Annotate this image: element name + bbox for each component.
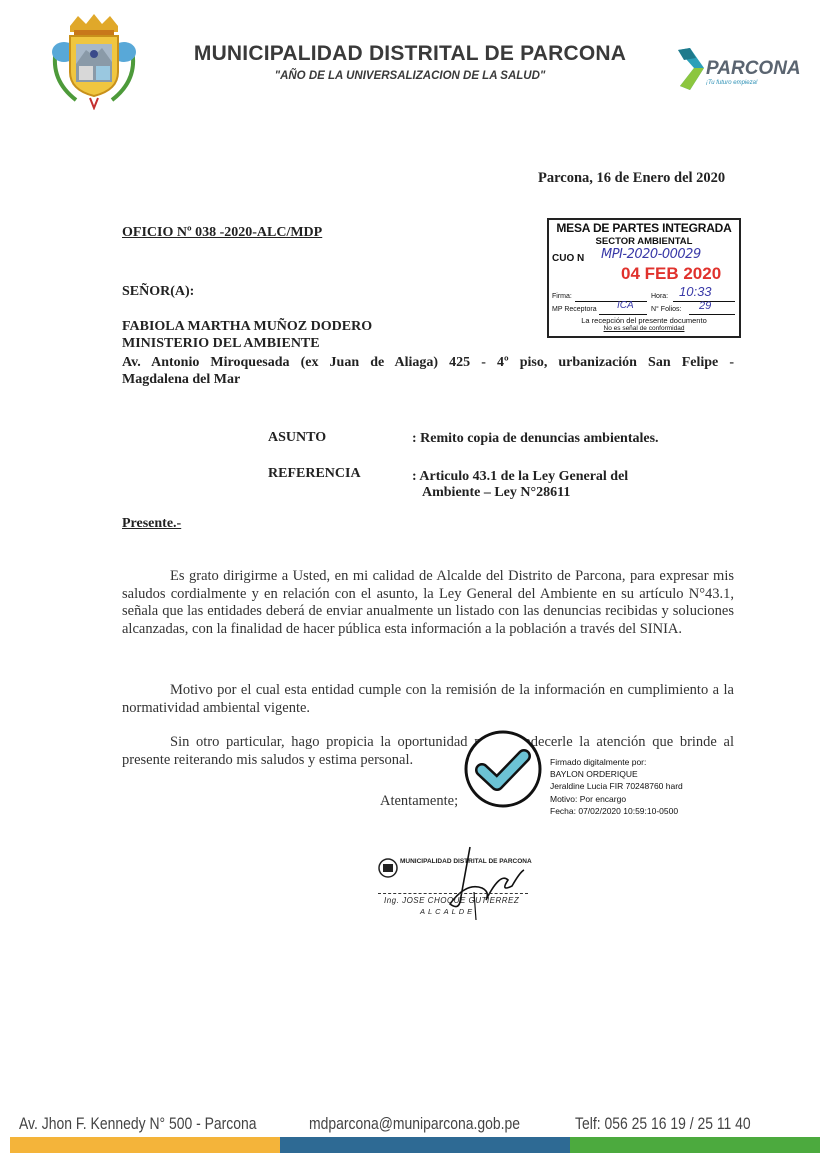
stamp-folios-value: 29 bbox=[699, 300, 711, 312]
oficio-number: OFICIO Nº 038 -2020-ALC/MDP bbox=[122, 225, 322, 241]
stamp-title: MESA DE PARTES INTEGRADA bbox=[549, 221, 739, 235]
reception-stamp: MESA DE PARTES INTEGRADA SECTOR AMBIENTA… bbox=[547, 218, 741, 338]
stamp-note-1: La recepción del presente documento bbox=[549, 316, 739, 325]
asunto-label: ASUNTO bbox=[268, 430, 326, 446]
brand-tagline: ¡Tu futuro empieza! bbox=[706, 80, 758, 86]
stamp-cuo-value: MPI-2020-00029 bbox=[601, 247, 701, 262]
footer-email[interactable]: mdparcona@muniparcona.gob.pe bbox=[309, 1114, 520, 1134]
presente-greeting: Presente.- bbox=[122, 516, 181, 532]
recipient-organization: MINISTERIO DEL AMBIENTE bbox=[122, 336, 320, 352]
stamp-mp-label: MP Receptora bbox=[552, 306, 597, 313]
stamp-sector: SECTOR AMBIENTAL bbox=[549, 236, 739, 247]
footer-phone: Telf: 056 25 16 19 / 25 11 40 bbox=[575, 1114, 751, 1134]
recipient-address-line-1: Av. Antonio Miroquesada (ex Juan de Alia… bbox=[122, 355, 734, 371]
signature-line-3: Jeraldine Lucia FIR 70248760 hard bbox=[550, 780, 683, 792]
municipal-seal-icon bbox=[378, 858, 398, 878]
digital-signature-check-icon[interactable] bbox=[462, 728, 544, 810]
municipal-crest-logo bbox=[46, 10, 142, 110]
body-paragraph-1: Es grato dirigirme a Usted, en mi calida… bbox=[122, 568, 734, 638]
footer-address: Av. Jhon F. Kennedy N° 500 - Parcona bbox=[19, 1114, 257, 1134]
salutation: SEÑOR(A): bbox=[122, 284, 194, 300]
stamp-note-2: No es señal de conformidad bbox=[549, 325, 739, 332]
footer-bar-orange bbox=[10, 1137, 280, 1153]
stamp-hora-value: 10:33 bbox=[679, 284, 712, 299]
digital-signature-info: Firmado digitalmente por: BAYLON ORDERIQ… bbox=[550, 756, 683, 817]
referencia-value-line-2: Ambiente – Ley N°28611 bbox=[422, 485, 570, 501]
header-title: MUNICIPALIDAD DISTRITAL DE PARCONA bbox=[190, 42, 630, 66]
brand-name: PARCONA bbox=[706, 58, 801, 80]
referencia-label: REFERENCIA bbox=[268, 466, 361, 482]
signatory-name: Ing. JOSE CHOQUE GUTIERREZ bbox=[384, 896, 519, 905]
stamp-folios-label: N° Folios: bbox=[651, 306, 681, 313]
recipient-name: FABIOLA MARTHA MUÑOZ DODERO bbox=[122, 319, 372, 335]
footer-bar-blue bbox=[280, 1137, 570, 1153]
closing: Atentamente; bbox=[380, 793, 458, 810]
body-paragraph-2: Motivo por el cual esta entidad cumple c… bbox=[122, 682, 734, 717]
referencia-value-line-1: : Articulo 43.1 de la Ley General del bbox=[412, 469, 628, 485]
stamp-mp-value: ICA bbox=[617, 300, 634, 311]
signature-line-5: Fecha: 07/02/2020 10:59:10-0500 bbox=[550, 805, 683, 817]
signature-line bbox=[378, 893, 528, 894]
signature-line-4: Motivo: Por encargo bbox=[550, 793, 683, 805]
recipient-address-line-2: Magdalena del Mar bbox=[122, 372, 240, 388]
stamp-cuo-label: CUO N bbox=[552, 253, 584, 264]
stamp-received-date: 04 FEB 2020 bbox=[621, 264, 721, 284]
footer-bar-green bbox=[570, 1137, 820, 1153]
signatory-title: ALCALDE bbox=[420, 907, 475, 916]
header-subtitle: "AÑO DE LA UNIVERSALIZACION DE LA SALUD" bbox=[190, 70, 630, 82]
place-date: Parcona, 16 de Enero del 2020 bbox=[538, 170, 725, 187]
stamp-hora-label: Hora: bbox=[651, 293, 668, 300]
signature-line-1: Firmado digitalmente por: bbox=[550, 756, 683, 768]
asunto-value: : Remito copia de denuncias ambientales. bbox=[412, 431, 659, 447]
signature-line-2: BAYLON ORDERIQUE bbox=[550, 768, 683, 780]
stamp-firma-label: Firma: bbox=[552, 293, 572, 300]
